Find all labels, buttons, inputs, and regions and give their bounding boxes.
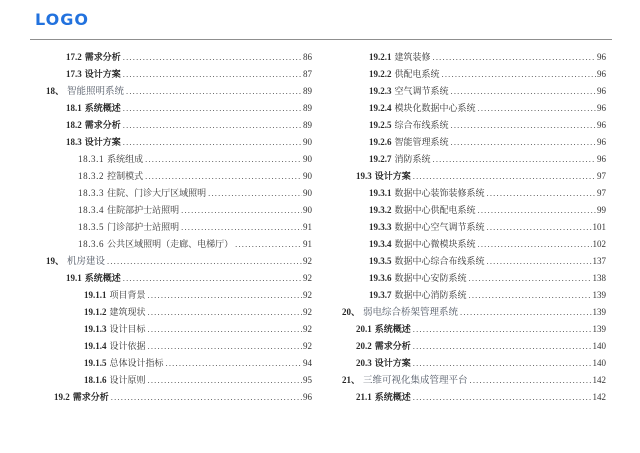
toc-entry[interactable]: 19.1.3设计目标..............................… xyxy=(84,321,312,338)
dot-leader: ........................................… xyxy=(123,100,302,117)
toc-entry-number: 18.3.4 xyxy=(78,202,104,219)
toc-entry[interactable]: 19.3设计方案................................… xyxy=(356,168,606,185)
toc-entry-number: 19.2.2 xyxy=(369,66,392,83)
dot-leader: ........................................… xyxy=(460,304,591,321)
toc-entry-title: 住院部护士站照明 xyxy=(107,202,179,219)
toc-entry-page: 92 xyxy=(303,270,312,287)
toc-entry[interactable]: 19.3.5数据中心综合布线系统........................… xyxy=(369,253,606,270)
toc-entry[interactable]: 19.3.3数据中心空气调节系统........................… xyxy=(369,219,606,236)
toc-entry[interactable]: 19.2.5综合布线系统............................… xyxy=(369,117,606,134)
toc-entry-title: 建筑装修 xyxy=(395,49,431,66)
toc-entry-number: 19.3.2 xyxy=(369,202,392,219)
toc-entry-page: 95 xyxy=(303,372,312,389)
toc-entry[interactable]: 18.1系统概述................................… xyxy=(66,100,312,117)
toc-entry-title: 设计方案 xyxy=(85,66,121,83)
toc-entry-page: 86 xyxy=(303,49,312,66)
toc-entry-number: 19.2.4 xyxy=(369,100,392,117)
toc-entry-title: 建筑现状 xyxy=(110,304,146,321)
toc-entry-number: 18.3 xyxy=(66,134,82,151)
toc-entry-title: 系统概述 xyxy=(375,321,411,338)
toc-entry-page: 97 xyxy=(597,168,606,185)
toc-entry-page: 90 xyxy=(303,202,312,219)
toc-entry[interactable]: 19.1.4设计依据..............................… xyxy=(84,338,312,355)
toc-entry[interactable]: 19.2.1建筑装修..............................… xyxy=(369,49,606,66)
toc-entry-title: 设计方案 xyxy=(375,168,411,185)
toc-entry-title: 消防系统 xyxy=(395,151,431,168)
dot-leader: ........................................… xyxy=(478,202,596,219)
toc-entry-page: 97 xyxy=(597,185,606,202)
dot-leader: ........................................… xyxy=(148,287,302,304)
toc-entry[interactable]: 19.1系统概述................................… xyxy=(66,270,312,287)
toc-entry[interactable]: 19.3.4数据中心微模块系统.........................… xyxy=(369,236,606,253)
toc-entry[interactable]: 18.3.1系统组成..............................… xyxy=(78,151,312,168)
toc-entry-number: 20.2 xyxy=(356,338,372,355)
toc-entry[interactable]: 18.1.6设计原则..............................… xyxy=(84,372,312,389)
toc-entry-title: 设计方案 xyxy=(85,134,121,151)
dot-leader: ........................................… xyxy=(487,219,592,236)
dot-leader: ........................................… xyxy=(413,355,592,372)
toc-entry[interactable]: 20.2需求分析................................… xyxy=(356,338,606,355)
toc-entry-number: 19.2.5 xyxy=(369,117,392,134)
dot-leader: ........................................… xyxy=(433,151,596,168)
dot-leader: ........................................… xyxy=(451,134,596,151)
dot-leader: ........................................… xyxy=(126,83,302,100)
toc-entry[interactable]: 18.3.5门诊部护士站照明..........................… xyxy=(78,219,312,236)
toc-entry-number: 18.3.6 xyxy=(78,236,104,253)
dot-leader: ........................................… xyxy=(145,168,302,185)
toc-entry-page: 89 xyxy=(303,117,312,134)
toc-entry[interactable]: 19.3.2数据中心供配电系统.........................… xyxy=(369,202,606,219)
toc-entry-page: 96 xyxy=(303,389,312,406)
toc-entry[interactable]: 19.3.6数据中心安防系统..........................… xyxy=(369,270,606,287)
toc-entry-page: 92 xyxy=(303,253,312,270)
toc-entry-title: 综合布线系统 xyxy=(395,117,449,134)
toc-entry-number: 19、 xyxy=(46,253,64,270)
toc-entry-page: 90 xyxy=(303,168,312,185)
toc-entry[interactable]: 19.1.2建筑现状..............................… xyxy=(84,304,312,321)
toc-entry-number: 21、 xyxy=(342,372,360,389)
toc-entry-title: 三维可视化集成管理平台 xyxy=(363,373,468,390)
dot-leader: ........................................… xyxy=(148,338,302,355)
toc-entry-number: 18.1 xyxy=(66,100,82,117)
toc-entry-title: 总体设计指标 xyxy=(110,355,164,372)
toc-entry-number: 19.2.1 xyxy=(369,49,392,66)
toc-entry-title: 供配电系统 xyxy=(395,66,440,83)
toc-entry-page: 96 xyxy=(597,151,606,168)
toc-entry-number: 19.3.1 xyxy=(369,185,392,202)
toc-column-left: 17.2需求分析................................… xyxy=(40,49,312,406)
toc-entry[interactable]: 17.3设计方案................................… xyxy=(66,66,312,83)
toc-column-right: 19.2.1建筑装修..............................… xyxy=(336,49,606,406)
toc-entry-number: 21.1 xyxy=(356,389,372,406)
dot-leader: ........................................… xyxy=(487,253,592,270)
dot-leader: ........................................… xyxy=(107,253,302,270)
toc-entry[interactable]: 21、三维可视化集成管理平台..........................… xyxy=(342,372,606,389)
toc-entry-number: 18、 xyxy=(46,83,64,100)
toc-entry-number: 19.1.2 xyxy=(84,304,107,321)
toc-entry-title: 数据中心消防系统 xyxy=(395,287,467,304)
toc-entry-page: 89 xyxy=(303,83,312,100)
toc-entry-number: 17.2 xyxy=(66,49,82,66)
dot-leader: ........................................… xyxy=(148,304,302,321)
toc-entry-page: 139 xyxy=(593,321,607,338)
toc-entry-title: 数据中心空气调节系统 xyxy=(395,219,485,236)
toc-entry-title: 控制模式 xyxy=(107,168,143,185)
toc-entry-page: 91 xyxy=(303,236,312,253)
toc-entry[interactable]: 18.2需求分析................................… xyxy=(66,117,312,134)
toc-entry-page: 96 xyxy=(597,83,606,100)
toc-entry-page: 87 xyxy=(303,66,312,83)
table-of-contents: 17.2需求分析................................… xyxy=(40,49,606,406)
toc-entry-page: 140 xyxy=(593,338,607,355)
dot-leader: ........................................… xyxy=(111,389,302,406)
toc-entry-title: 智能管理系统 xyxy=(395,134,449,151)
toc-entry-number: 19.2 xyxy=(54,389,70,406)
toc-entry[interactable]: 18.3.3住院、门诊大厅区域照明.......................… xyxy=(78,185,312,202)
toc-entry[interactable]: 20.3设计方案................................… xyxy=(356,355,606,372)
toc-entry-page: 137 xyxy=(593,253,607,270)
toc-entry-number: 19.3.7 xyxy=(369,287,392,304)
toc-entry-page: 89 xyxy=(303,100,312,117)
dot-leader: ........................................… xyxy=(413,389,592,406)
dot-leader: ........................................… xyxy=(451,117,596,134)
toc-entry-page: 90 xyxy=(303,134,312,151)
toc-entry-number: 19.1 xyxy=(66,270,82,287)
toc-entry[interactable]: 19.1.1项目背景..............................… xyxy=(84,287,312,304)
toc-entry-title: 系统概述 xyxy=(85,270,121,287)
toc-entry-page: 96 xyxy=(597,49,606,66)
dot-leader: ........................................… xyxy=(123,49,302,66)
toc-entry-title: 机房建设 xyxy=(67,254,105,271)
toc-entry-number: 18.3.3 xyxy=(78,185,104,202)
toc-entry[interactable]: 19.2.3空气调节系统............................… xyxy=(369,83,606,100)
toc-entry-title: 需求分析 xyxy=(73,389,109,406)
toc-entry-number: 19.1.3 xyxy=(84,321,107,338)
toc-entry-number: 17.3 xyxy=(66,66,82,83)
toc-entry-number: 19.3 xyxy=(356,168,372,185)
dot-leader: ........................................… xyxy=(148,321,302,338)
toc-entry-title: 设计目标 xyxy=(110,321,146,338)
dot-leader: ........................................… xyxy=(478,100,596,117)
toc-entry[interactable]: 18.3.2控制模式..............................… xyxy=(78,168,312,185)
toc-entry-page: 92 xyxy=(303,338,312,355)
toc-entry-title: 设计依据 xyxy=(110,338,146,355)
toc-entry-title: 住院、门诊大厅区域照明 xyxy=(107,185,206,202)
dot-leader: ........................................… xyxy=(123,270,302,287)
toc-entry-title: 弱电综合桥架管理系统 xyxy=(363,305,458,322)
toc-entry-title: 需求分析 xyxy=(85,49,121,66)
toc-entry[interactable]: 19.1.5总体设计指标............................… xyxy=(84,355,312,372)
toc-entry-page: 138 xyxy=(593,270,607,287)
dot-leader: ........................................… xyxy=(145,151,302,168)
toc-entry-number: 18.2 xyxy=(66,117,82,134)
toc-entry-number: 18.3.5 xyxy=(78,219,104,236)
toc-entry-page: 142 xyxy=(593,372,607,389)
toc-entry-title: 数据中心装饰装修系统 xyxy=(395,185,485,202)
toc-entry[interactable]: 21.1系统概述................................… xyxy=(356,389,606,406)
dot-leader: ........................................… xyxy=(413,321,592,338)
dot-leader: ........................................… xyxy=(487,185,596,202)
dot-leader: ........................................… xyxy=(469,287,592,304)
dot-leader: ........................................… xyxy=(235,236,302,253)
toc-entry-number: 19.3.4 xyxy=(369,236,392,253)
toc-entry-page: 142 xyxy=(593,389,607,406)
header-divider xyxy=(30,39,612,40)
toc-entry-page: 90 xyxy=(303,151,312,168)
dot-leader: ........................................… xyxy=(478,236,592,253)
toc-entry-number: 19.3.5 xyxy=(369,253,392,270)
company-logo: LOGO xyxy=(35,10,89,29)
dot-leader: ........................................… xyxy=(470,372,592,389)
toc-entry-page: 139 xyxy=(593,287,607,304)
toc-entry-number: 20.3 xyxy=(356,355,372,372)
toc-entry-title: 数据中心安防系统 xyxy=(395,270,467,287)
toc-entry-title: 设计原则 xyxy=(110,372,146,389)
toc-entry-page: 96 xyxy=(597,66,606,83)
toc-entry-title: 项目背景 xyxy=(110,287,146,304)
toc-entry[interactable]: 19.3.1数据中心装饰装修系统........................… xyxy=(369,185,606,202)
toc-entry-number: 20.1 xyxy=(356,321,372,338)
toc-entry-title: 需求分析 xyxy=(85,117,121,134)
toc-entry[interactable]: 18.3.4住院部护士站照明..........................… xyxy=(78,202,312,219)
toc-entry-number: 19.3.3 xyxy=(369,219,392,236)
toc-entry-title: 智能照明系统 xyxy=(67,84,124,101)
dot-leader: ........................................… xyxy=(433,49,596,66)
toc-entry-page: 140 xyxy=(593,355,607,372)
toc-entry[interactable]: 17.2需求分析................................… xyxy=(66,49,312,66)
toc-entry-title: 数据中心综合布线系统 xyxy=(395,253,485,270)
toc-entry[interactable]: 19.2.7消防系统..............................… xyxy=(369,151,606,168)
toc-entry-title: 空气调节系统 xyxy=(395,83,449,100)
toc-entry-number: 20、 xyxy=(342,304,360,321)
toc-entry-page: 92 xyxy=(303,304,312,321)
toc-entry[interactable]: 18、智能照明系统...............................… xyxy=(46,83,312,100)
dot-leader: ........................................… xyxy=(469,270,592,287)
toc-entry-title: 系统概述 xyxy=(375,389,411,406)
toc-entry-title: 系统概述 xyxy=(85,100,121,117)
toc-entry-page: 91 xyxy=(303,219,312,236)
toc-entry[interactable]: 19.3.7数据中心消防系统..........................… xyxy=(369,287,606,304)
toc-entry-page: 96 xyxy=(597,117,606,134)
toc-entry-title: 需求分析 xyxy=(375,338,411,355)
toc-entry-title: 门诊部护士站照明 xyxy=(107,219,179,236)
toc-entry-page: 94 xyxy=(303,355,312,372)
dot-leader: ........................................… xyxy=(413,338,592,355)
toc-entry[interactable]: 19、机房建设.................................… xyxy=(46,253,312,270)
toc-entry-title: 设计方案 xyxy=(375,355,411,372)
dot-leader: ........................................… xyxy=(123,117,302,134)
dot-leader: ........................................… xyxy=(123,66,302,83)
toc-entry-page: 96 xyxy=(597,134,606,151)
toc-entry-number: 19.3.6 xyxy=(369,270,392,287)
dot-leader: ........................................… xyxy=(181,219,302,236)
toc-entry-number: 19.2.3 xyxy=(369,83,392,100)
toc-entry-page: 102 xyxy=(593,236,607,253)
toc-entry-page: 99 xyxy=(597,202,606,219)
dot-leader: ........................................… xyxy=(208,185,302,202)
toc-entry[interactable]: 20.1系统概述................................… xyxy=(356,321,606,338)
toc-entry[interactable]: 19.2需求分析................................… xyxy=(54,389,312,406)
toc-entry[interactable]: 18.3.6公共区域照明（走廊、电梯厅）....................… xyxy=(78,236,312,253)
toc-entry[interactable]: 20、弱电综合桥架管理系统...........................… xyxy=(342,304,606,321)
toc-entry-number: 18.3.1 xyxy=(78,151,104,168)
toc-entry-page: 96 xyxy=(597,100,606,117)
dot-leader: ........................................… xyxy=(123,134,302,151)
toc-entry[interactable]: 19.2.2供配电系统.............................… xyxy=(369,66,606,83)
toc-entry-title: 系统组成 xyxy=(107,151,143,168)
toc-entry-title: 公共区域照明（走廊、电梯厅） xyxy=(107,236,233,253)
toc-entry-number: 18.1.6 xyxy=(84,372,107,389)
dot-leader: ........................................… xyxy=(181,202,302,219)
toc-entry-page: 139 xyxy=(593,304,607,321)
dot-leader: ........................................… xyxy=(442,66,596,83)
toc-entry[interactable]: 19.2.4模块化数据中心系统.........................… xyxy=(369,100,606,117)
toc-entry-number: 19.1.4 xyxy=(84,338,107,355)
toc-entry-page: 90 xyxy=(303,185,312,202)
toc-entry[interactable]: 18.3设计方案................................… xyxy=(66,134,312,151)
toc-entry-number: 19.1.5 xyxy=(84,355,107,372)
toc-entry-title: 数据中心供配电系统 xyxy=(395,202,476,219)
dot-leader: ........................................… xyxy=(413,168,596,185)
toc-entry-title: 模块化数据中心系统 xyxy=(395,100,476,117)
toc-entry-number: 19.2.7 xyxy=(369,151,392,168)
toc-entry-page: 92 xyxy=(303,287,312,304)
toc-entry-page: 92 xyxy=(303,321,312,338)
dot-leader: ........................................… xyxy=(148,372,302,389)
toc-entry-page: 101 xyxy=(593,219,607,236)
dot-leader: ........................................… xyxy=(166,355,302,372)
toc-entry[interactable]: 19.2.6智能管理系统............................… xyxy=(369,134,606,151)
toc-entry-title: 数据中心微模块系统 xyxy=(395,236,476,253)
toc-entry-number: 19.2.6 xyxy=(369,134,392,151)
toc-entry-number: 19.1.1 xyxy=(84,287,107,304)
dot-leader: ........................................… xyxy=(451,83,596,100)
toc-entry-number: 18.3.2 xyxy=(78,168,104,185)
